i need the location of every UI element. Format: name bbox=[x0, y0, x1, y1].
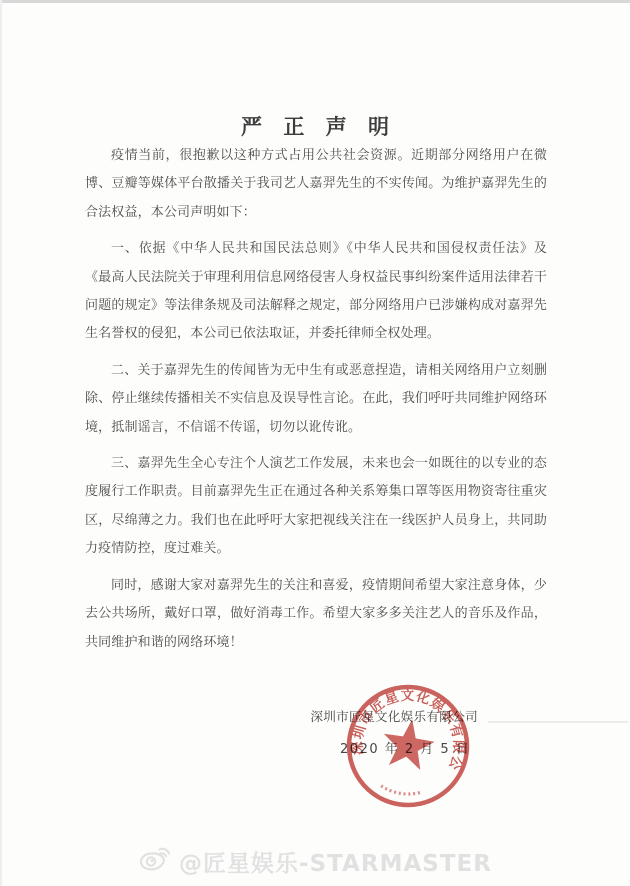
company-seal-stamp: 深圳市匠星文化娱乐有限公司 bbox=[335, 673, 481, 819]
watermark-text: @匠星娱乐-STARMASTER bbox=[179, 845, 492, 878]
statement-body: 疫情当前，很抱歉以这种方式占用公共社会资源。近期部分网络用户在微博、豆瓣等媒体平… bbox=[85, 142, 547, 665]
paragraph-item-3: 三、嘉羿先生全心专注个人演艺工作发展，未来也会一如既往的以专业的态度履行工作职责… bbox=[85, 450, 547, 564]
paragraph-intro: 疫情当前，很抱歉以这种方式占用公共社会资源。近期部分网络用户在微博、豆瓣等媒体平… bbox=[85, 142, 547, 227]
seal-star-icon bbox=[379, 715, 437, 771]
scan-artifact-line bbox=[488, 721, 628, 723]
page-title: 严 正 声 明 bbox=[0, 111, 630, 141]
seal-serial-marks bbox=[380, 786, 421, 797]
seal-graphic: 深圳市匠星文化娱乐有限公司 bbox=[335, 673, 481, 819]
paragraph-item-2: 二、关于嘉羿先生的传闻皆为无中生有或恶意捏造，请相关网络用户立刻删除、停止继续传… bbox=[85, 357, 547, 442]
scan-edge-top bbox=[0, 0, 630, 3]
weibo-icon bbox=[138, 843, 172, 879]
scanned-statement-page: 严 正 声 明 疫情当前，很抱歉以这种方式占用公共社会资源。近期部分网络用户在微… bbox=[0, 0, 630, 886]
paragraph-item-1: 一、依据《中华人民共和国民法总则》《中华人民共和国侵权责任法》及《最高人民法院关… bbox=[85, 235, 547, 349]
paragraph-closing: 同时，感谢大家对嘉羿先生的关注和喜爱，疫情期间希望大家注意身体，少去公共场所，戴… bbox=[85, 572, 547, 657]
watermark: @匠星娱乐-STARMASTER bbox=[0, 843, 630, 879]
